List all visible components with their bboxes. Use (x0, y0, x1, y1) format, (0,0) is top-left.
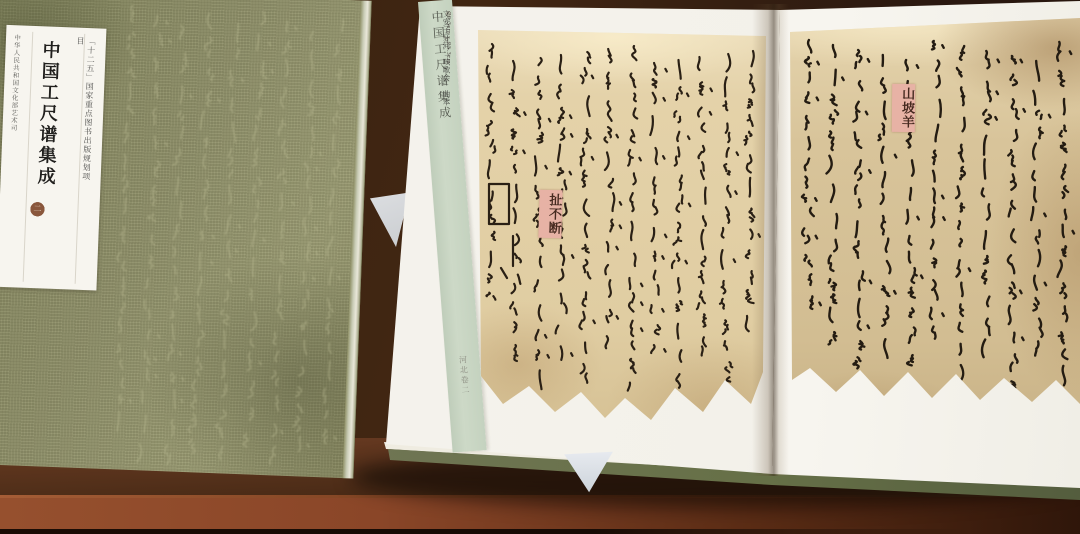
photo-books-on-table: 中国工尺谱集成 河北卷二 ◎文安子牙河「咳歌会」曲本 29.3cm×23.3cm… (0, 0, 1080, 534)
publisher-line: 中华人民共和国文化部艺术司 (6, 34, 21, 184)
tune-title-label: 山坡羊 (892, 84, 915, 132)
caption-number: 九 (441, 36, 452, 44)
edge-band-volume: 河北卷二 (457, 355, 473, 426)
volume-seal: 二 (30, 202, 45, 217)
tune-title-label: 扯不断 (538, 190, 562, 239)
book-title: 中国工尺谱集成 (31, 40, 64, 211)
title-label: 「十二五」国家重点图书出版规划项目 中国工尺谱集成 中华人民共和国文化部艺术司 … (0, 25, 106, 291)
book-gutter (752, 4, 794, 476)
slipcase-volume: 「十二五」国家重点图书出版规划项目 中国工尺谱集成 中华人民共和国文化部艺术司 … (0, 0, 372, 479)
series-note: 「十二五」国家重点图书出版规划项目 (69, 37, 97, 188)
label-rule (23, 32, 34, 282)
